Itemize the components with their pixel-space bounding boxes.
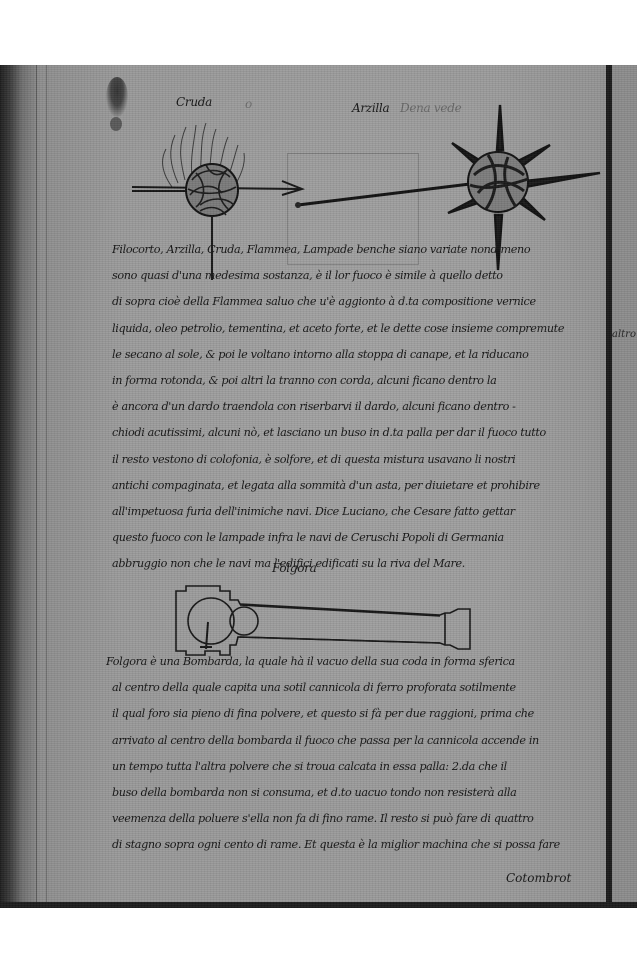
text-line: le secano al sole, & poi le voltano into…	[112, 342, 606, 368]
wound-ball-icon	[186, 164, 238, 216]
figure-label-faint: o	[245, 97, 252, 111]
text-line: all'impetuosa furia dell'inimiche navi. …	[112, 499, 606, 525]
text-section-1: Filocorto, Arzilla, Cruda, Flammea, Lamp…	[112, 237, 606, 577]
text-line: Folgora è una Bombarda, la quale hà il v…	[106, 649, 606, 675]
text-line: è ancora d'un dardo traendola con riserb…	[112, 394, 606, 420]
cannon-icon	[176, 586, 470, 655]
figure-label-cruda: Cruda	[176, 95, 212, 109]
text-line: abbruggio non che le navi ma l'edifici e…	[112, 551, 606, 577]
text-line: buso della bombarda non si consuma, et d…	[112, 780, 606, 806]
pole	[295, 184, 470, 208]
text-line: di sopra cioè della Flammea saluo che u'…	[112, 289, 606, 315]
figure-label-arzilla: Arzilla	[352, 101, 389, 115]
page-bottom-edge	[0, 902, 637, 908]
text-line: di stagno sopra ogni cento di rame. Et q…	[112, 832, 606, 858]
text-line: sono quasi d'una medesima sostanza, è il…	[112, 263, 606, 289]
text-line: Filocorto, Arzilla, Cruda, Flammea, Lamp…	[112, 237, 606, 263]
text-line: in forma rotonda, & poi altri la tranno …	[112, 368, 606, 394]
signature: Cotombrot	[506, 871, 571, 885]
text-line: al centro della quale capita una sotil c…	[112, 675, 606, 701]
text-line: arrivato al centro della bombarda il fuo…	[112, 728, 606, 754]
manuscript-page: Cruda o Arzilla Dena vede Folgora Filoco…	[0, 65, 637, 908]
text-line: questo fuoco con le lampade infra le nav…	[112, 525, 606, 551]
text-section-2: Folgora è una Bombarda, la quale hà il v…	[112, 649, 606, 859]
text-line: il qual foro sia pieno di fina polvere, …	[112, 701, 606, 727]
text-line: antichi compaginata, et legata alla somm…	[112, 473, 606, 499]
text-line: liquida, oleo petrolio, tementina, et ac…	[112, 316, 606, 342]
text-line: veemenza della poluere s'ella non fa di …	[112, 806, 606, 832]
text-line: un tempo tutta l'altra polvere che si tr…	[112, 754, 606, 780]
text-line: il resto vestono di colofonia, è solfore…	[112, 447, 606, 473]
bleed-through-text: Dena vede	[400, 101, 461, 115]
text-line: chiodi acutissimi, alcuni nò, et lascian…	[112, 420, 606, 446]
marginal-note: altro	[612, 329, 636, 340]
